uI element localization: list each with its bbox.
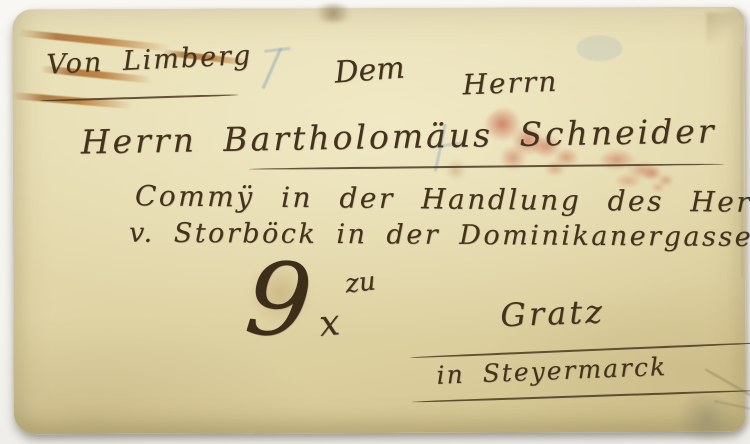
blue-crayon-mark [576, 35, 622, 61]
street-line: v. Storböck in der Dominikanergasse [129, 220, 750, 251]
address-salutation-herrn: Herrn [462, 68, 559, 100]
kreuzer-mark: x [318, 305, 341, 343]
paper-stain [445, 160, 467, 180]
postage-rate-figure: 9 [241, 247, 316, 355]
blue-crayon-mark [262, 48, 283, 89]
paper-stain [310, 4, 356, 22]
paper-stain [670, 395, 744, 441]
destination-region: in Steyermarck [436, 354, 667, 388]
photo-background: Von Limberg Dem Herrn Herrn Bartholomäus… [0, 0, 750, 444]
origin-note: Von Limberg [46, 42, 253, 79]
address-salutation-dem: Dem [333, 53, 405, 88]
destination-city: Gratz [500, 295, 606, 331]
word-zu: zu [344, 268, 377, 297]
addressee-line: Herrn Bartholomäus Schneider [80, 114, 716, 158]
occupation-line: Commÿ in der Handlung des Herrn [135, 182, 750, 217]
corner-fold [706, 13, 750, 43]
envelope: Von Limberg Dem Herrn Herrn Bartholomäus… [12, 7, 745, 435]
